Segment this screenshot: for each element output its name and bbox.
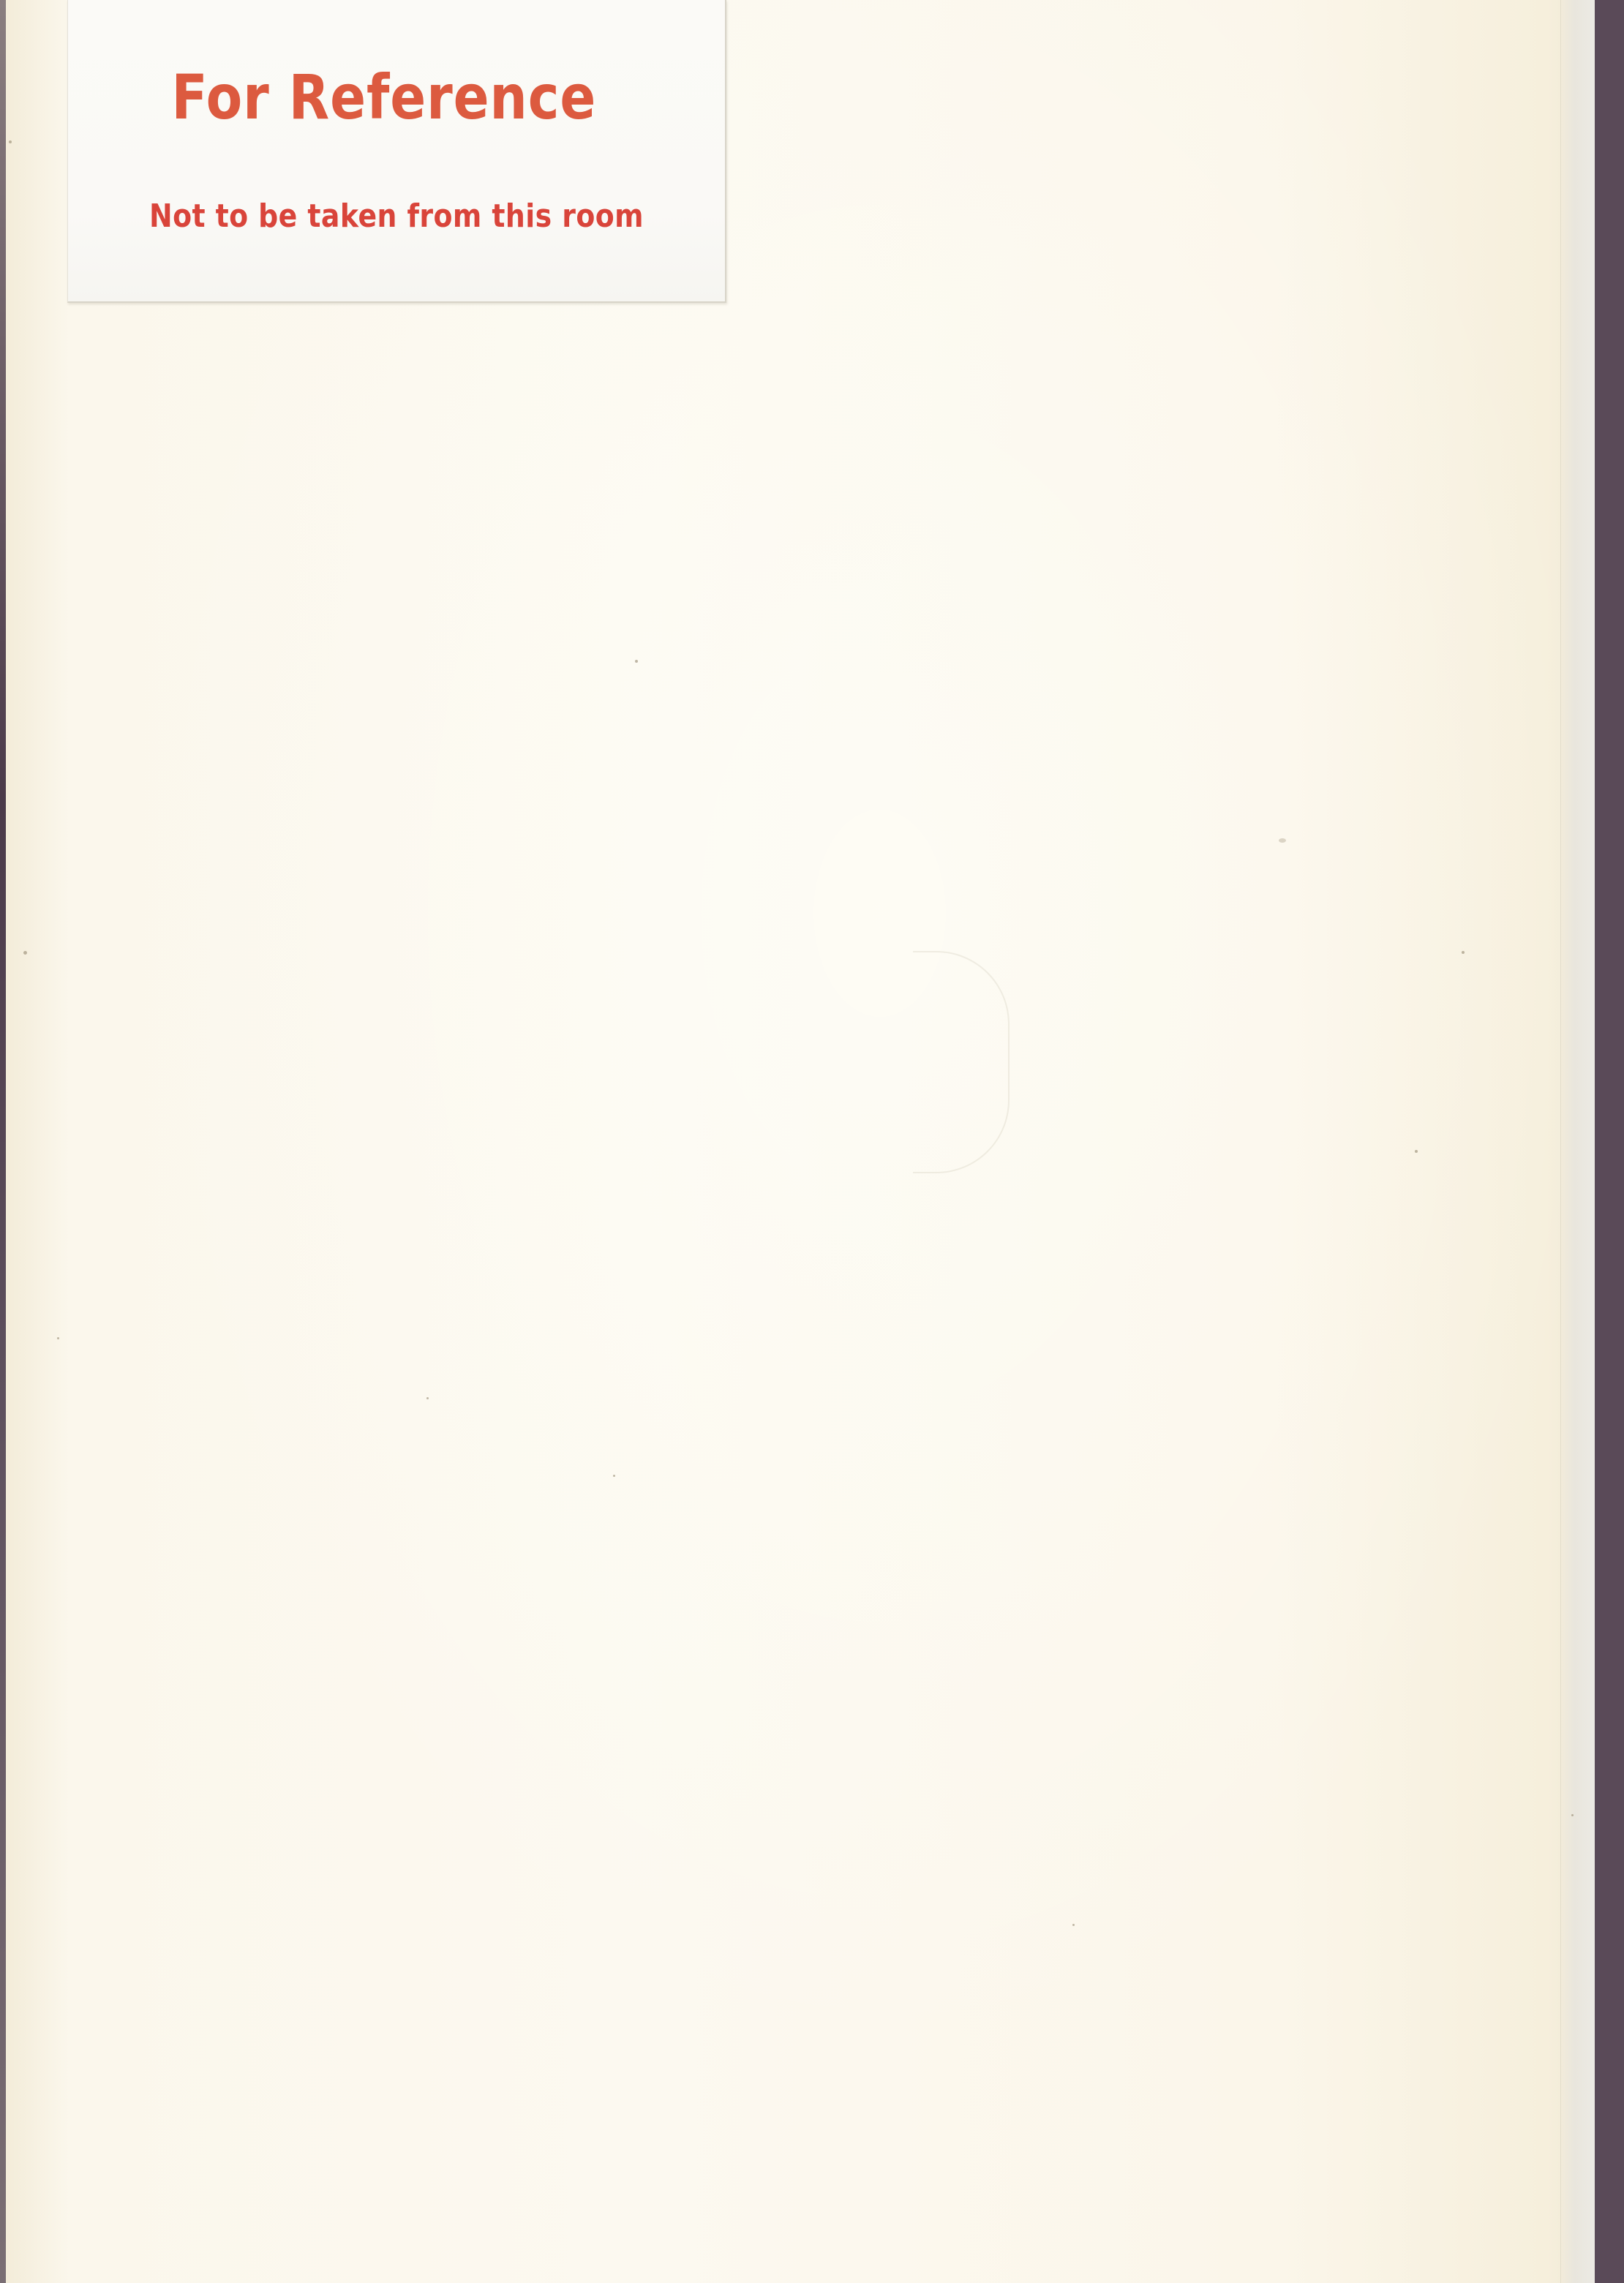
paper-speck xyxy=(1462,951,1465,954)
paper-speck xyxy=(1279,838,1286,843)
paper-speck xyxy=(613,1475,615,1477)
paper-speck xyxy=(635,660,638,663)
label-title: For Reference xyxy=(114,61,679,133)
blank-page: For Reference Not to be taken from this … xyxy=(6,0,1595,2283)
label-subtitle: Not to be taken from this room xyxy=(114,198,679,235)
paper-speck xyxy=(1072,1924,1075,1926)
paper-speck xyxy=(23,951,27,955)
paper-speck xyxy=(9,140,12,143)
paper-speck xyxy=(1571,1814,1574,1816)
for-reference-label: For Reference Not to be taken from this … xyxy=(67,0,726,303)
page-right-edge xyxy=(1560,0,1595,2283)
paper-speck xyxy=(57,1337,59,1339)
paper-speck xyxy=(1415,1150,1418,1153)
paper-blemish xyxy=(913,951,1010,1173)
paper-speck xyxy=(426,1397,429,1399)
